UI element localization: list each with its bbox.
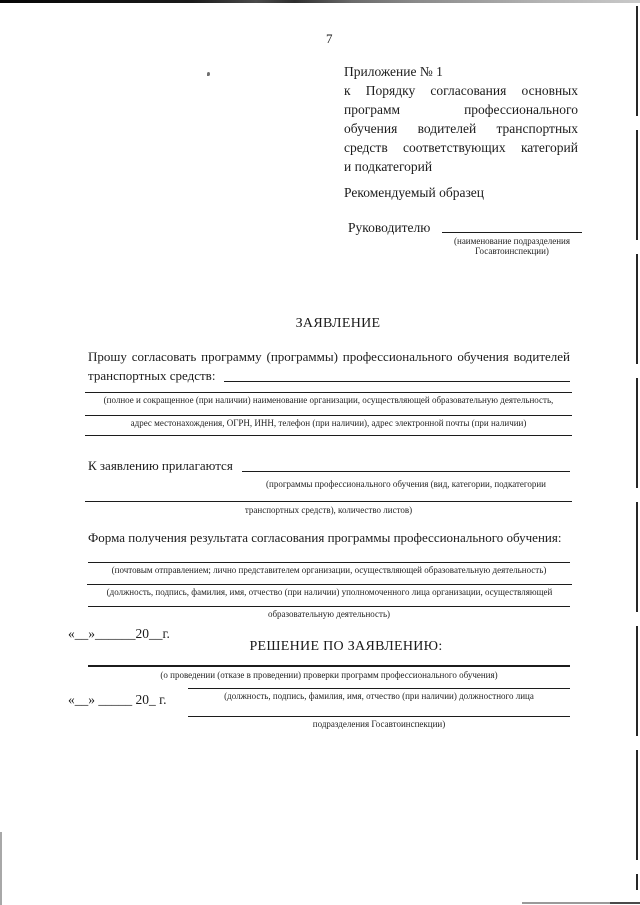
organization-info-caption-2: адрес местонахождения, ОГРН, ИНН, телефо… bbox=[85, 418, 572, 429]
scan-artifact-bottom-left-edge bbox=[0, 832, 2, 905]
appendix-heading-line: средств соответствующих категорий bbox=[344, 138, 578, 157]
official-caption-2: подразделения Госавтоинспекции) bbox=[188, 719, 570, 730]
signer-caption-1: (должность, подпись, фамилия, имя, отчес… bbox=[87, 587, 572, 598]
signer-caption-2: образовательную деятельность) bbox=[88, 609, 570, 620]
scan-artifact-top-edge bbox=[0, 0, 640, 3]
official-caption-1: (должность, подпись, фамилия, имя, отчес… bbox=[188, 691, 570, 702]
appendix-heading-line: обучения водителей транспортных bbox=[344, 119, 578, 138]
addressee-caption-line2: Госавтоинспекции) bbox=[432, 246, 592, 257]
official-signature-line-1 bbox=[188, 688, 570, 689]
request-text-line2: транспортных средств: bbox=[88, 366, 215, 385]
addressee-label: Руководителю bbox=[348, 218, 430, 237]
appendix-heading-line: Приложение № 1 bbox=[344, 62, 578, 81]
application-title: ЗАЯВЛЕНИЕ bbox=[88, 316, 588, 332]
attachments-line-2 bbox=[85, 501, 572, 502]
appendix-heading: Приложение № 1 к Порядку согласования ос… bbox=[344, 62, 578, 176]
appendix-heading-line: программ профессионального bbox=[344, 100, 578, 119]
organization-info-line-1 bbox=[85, 392, 572, 393]
addressee-caption-line1: (наименование подразделения bbox=[432, 236, 592, 247]
addressee-blank-line bbox=[442, 232, 582, 233]
official-signature-line-2 bbox=[188, 716, 570, 717]
attachments-caption-1: (программы профессионального обучения (в… bbox=[242, 479, 570, 490]
scan-artifact-bottom-edge-dark bbox=[610, 902, 640, 904]
decision-title: РЕШЕНИЕ ПО ЗАЯВЛЕНИЮ: bbox=[88, 639, 604, 655]
appendix-heading-line: к Порядку согласования основных bbox=[344, 81, 578, 100]
attachments-label: К заявлению прилагаются bbox=[88, 456, 233, 475]
scan-artifact-speck bbox=[207, 72, 210, 76]
decision-line bbox=[88, 665, 570, 667]
signer-line-1 bbox=[87, 584, 572, 585]
organization-info-line-2 bbox=[85, 415, 572, 416]
decision-date-field: «__» _____ 20_ г. bbox=[68, 690, 167, 709]
scan-artifact-right-edge bbox=[636, 6, 638, 890]
document-page: 7 Приложение № 1 к Порядку согласования … bbox=[0, 0, 640, 905]
recommended-sample-label: Рекомендуемый образец bbox=[344, 183, 484, 202]
signer-line-2 bbox=[88, 606, 570, 607]
result-form-line bbox=[88, 562, 570, 563]
request-text-line2-row: транспортных средств: bbox=[88, 366, 570, 385]
request-text-line1: Прошу согласовать программу (программы) … bbox=[88, 347, 570, 366]
organization-info-line-3 bbox=[85, 435, 572, 436]
attachments-row: К заявлению прилагаются bbox=[88, 456, 570, 475]
attachments-caption-2: транспортных средств), количество листов… bbox=[85, 505, 572, 516]
attachments-blank-line bbox=[242, 471, 570, 472]
page-number: 7 bbox=[326, 29, 333, 48]
appendix-heading-line: и подкатегорий bbox=[344, 157, 578, 176]
result-form-caption: (почтовым отправлением; лично представит… bbox=[88, 565, 570, 576]
organization-info-caption-1: (полное и сокращенное (при наличии) наим… bbox=[85, 395, 572, 406]
organization-blank-line bbox=[224, 381, 570, 382]
result-form-label: Форма получения результата согласования … bbox=[88, 528, 561, 547]
decision-caption: (о проведении (отказе в проведении) пров… bbox=[88, 670, 570, 681]
